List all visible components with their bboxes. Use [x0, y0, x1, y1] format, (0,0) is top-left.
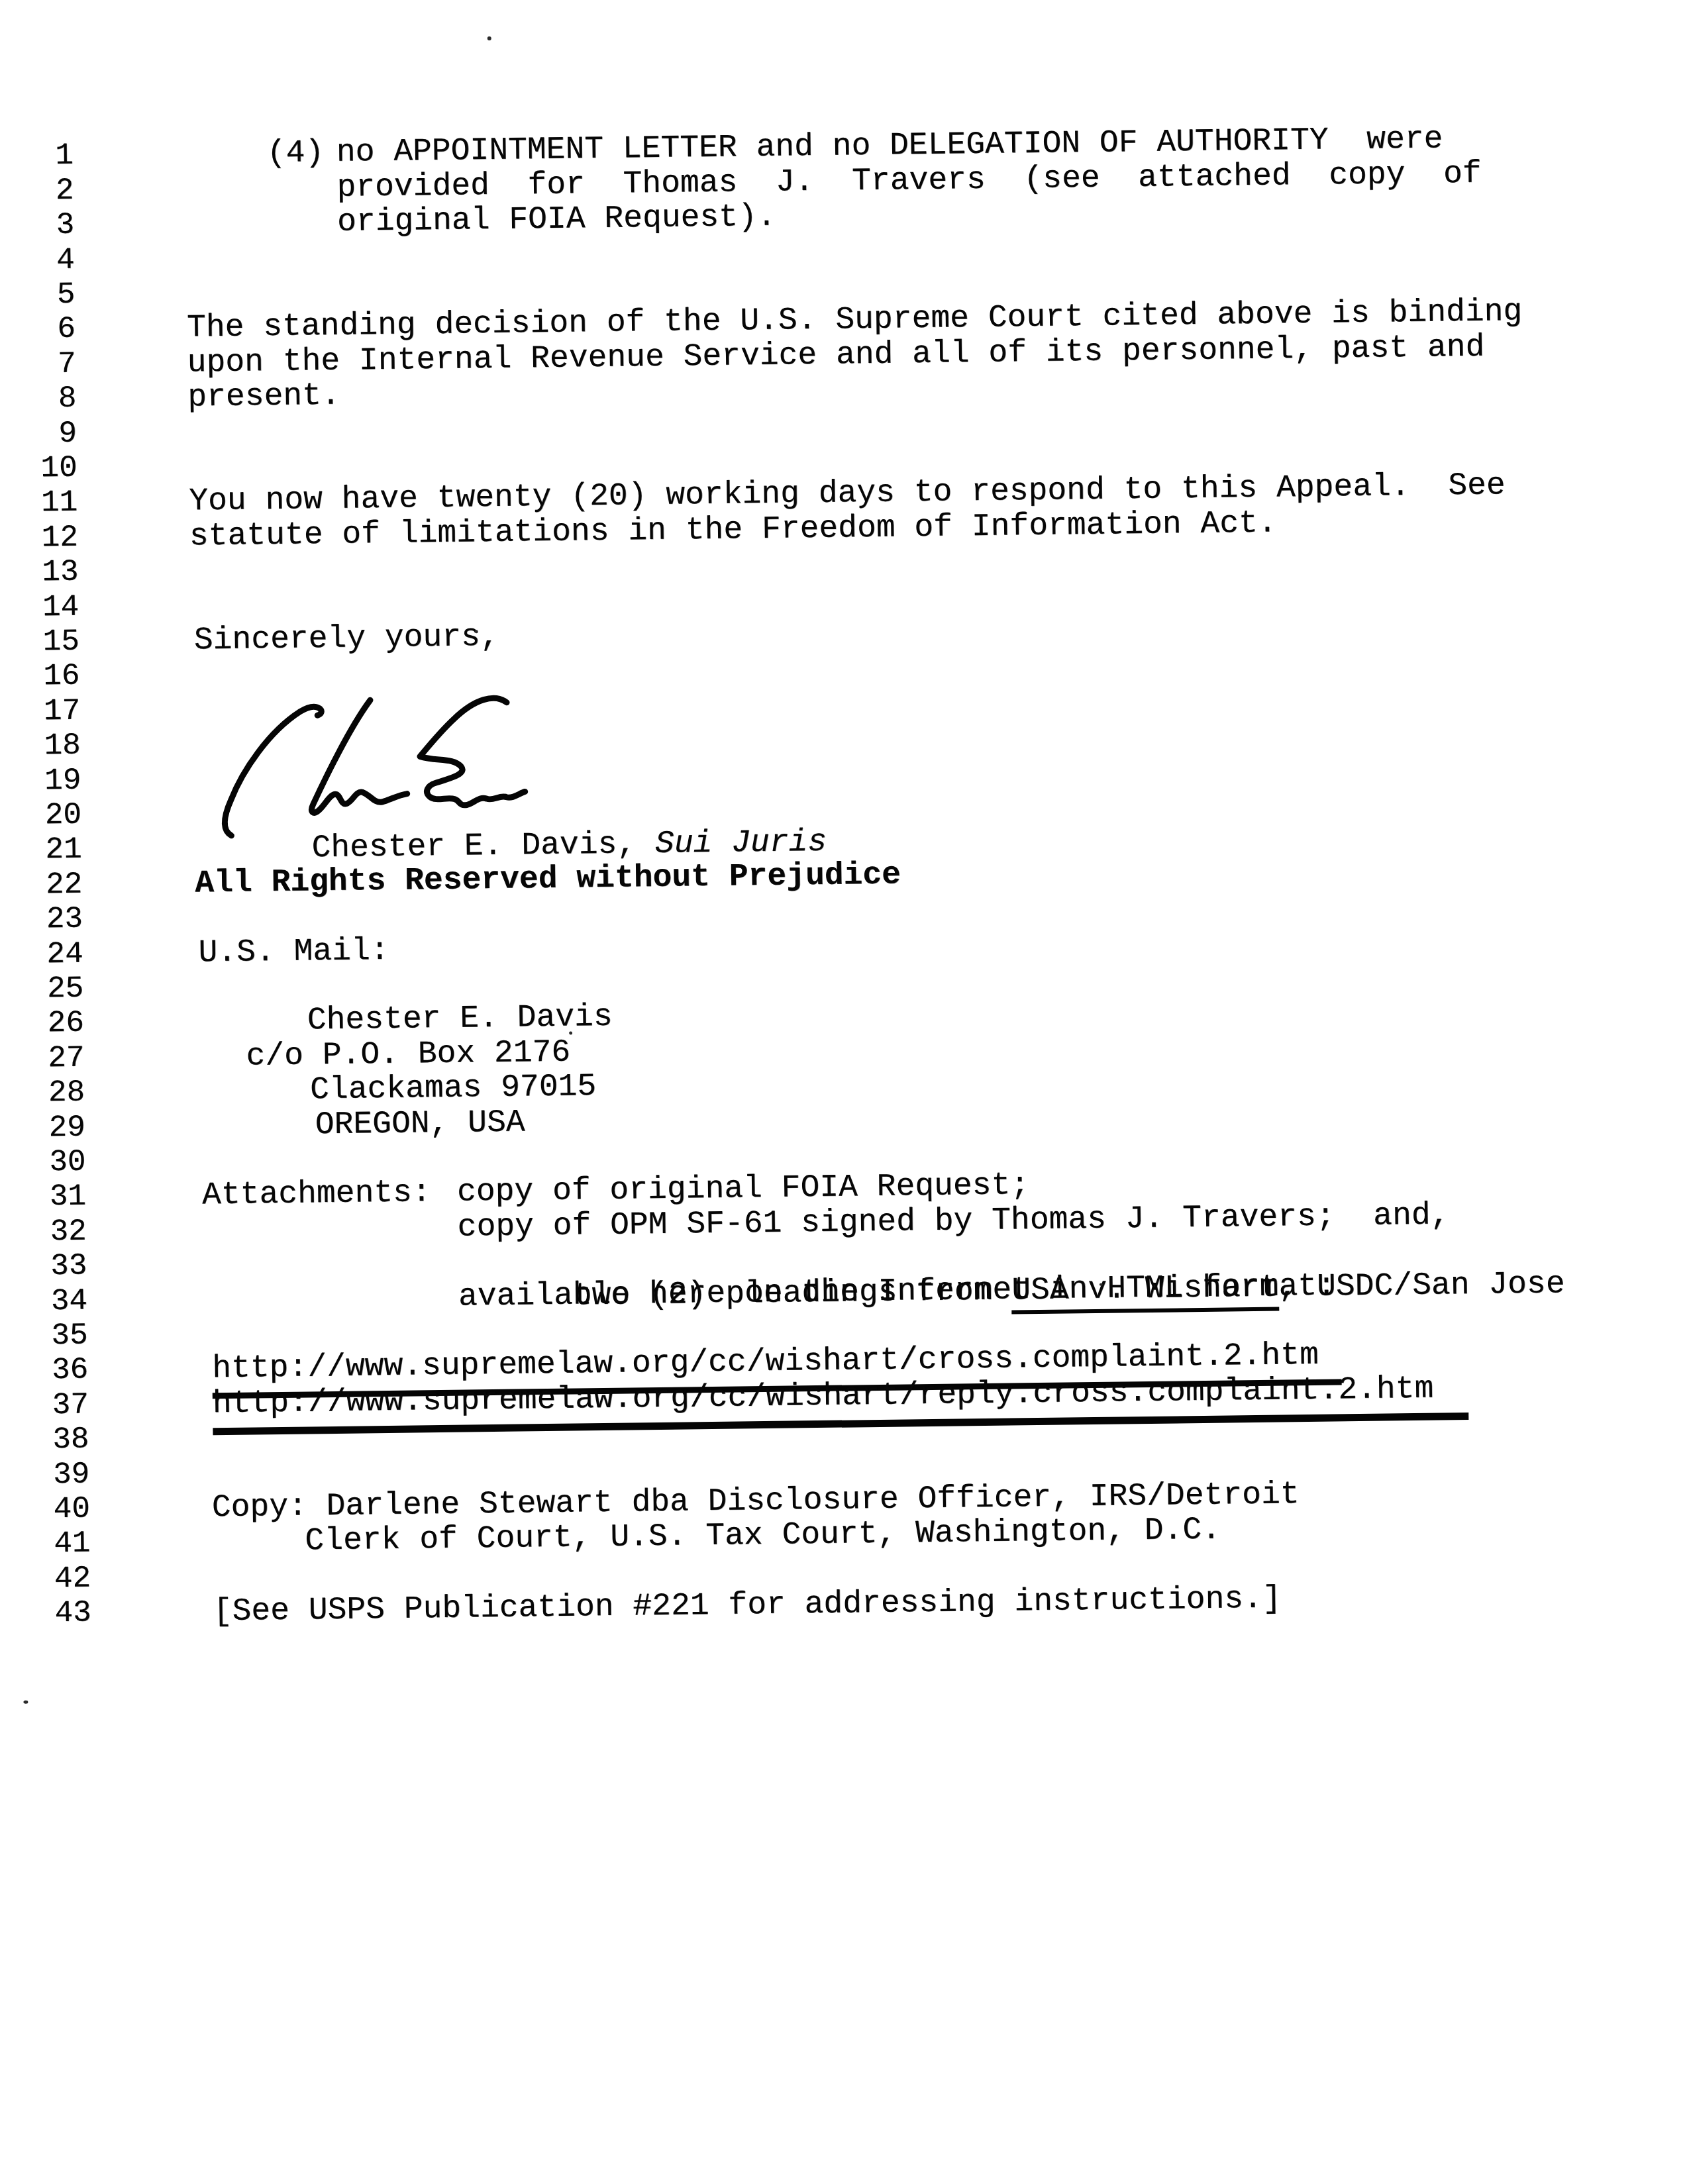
line-number: 30 — [14, 1145, 86, 1180]
line-number: 6 — [4, 312, 76, 347]
line-number: 8 — [5, 381, 77, 417]
attachments-label: Attachments: — [202, 1175, 431, 1213]
line-number: 41 — [19, 1526, 91, 1562]
line-number: 19 — [9, 764, 81, 799]
scan-content: 1 2 3 4 5 6 7 8 9 10 11 12 13 14 15 16 1… — [0, 0, 1689, 2184]
line-number: 40 — [19, 1492, 91, 1527]
signer-title: Sui Juris — [655, 824, 827, 862]
line-number: 32 — [15, 1215, 87, 1250]
line-number: 42 — [19, 1562, 91, 1597]
signature-stroke — [419, 698, 525, 806]
scan-speckle — [23, 1701, 28, 1704]
line-number: 4 — [3, 243, 75, 278]
line-number: 2 — [2, 174, 74, 209]
line-number: 35 — [16, 1318, 88, 1354]
line-number: 39 — [18, 1458, 90, 1493]
closing-line: Sincerely yours, — [194, 619, 500, 659]
line-number: 24 — [11, 937, 83, 972]
line-number: 13 — [7, 555, 79, 590]
line-number: 5 — [3, 277, 76, 313]
line-number: 28 — [13, 1075, 85, 1111]
line-number: 9 — [5, 417, 77, 452]
line-number: 14 — [7, 590, 79, 625]
scan-speckle — [1100, 1283, 1103, 1286]
line-number: 18 — [9, 728, 81, 764]
line-number: 26 — [13, 1006, 85, 1041]
line-number: 27 — [13, 1041, 85, 1076]
line-number: 10 — [5, 451, 77, 486]
paragraph-line: present. — [187, 378, 340, 416]
line-number: 21 — [10, 832, 82, 868]
line-number: 36 — [17, 1353, 89, 1388]
line-number: 34 — [16, 1284, 88, 1319]
line-number: 31 — [15, 1179, 87, 1215]
scan-speckle — [569, 1032, 572, 1035]
mail-heading: U.S. Mail: — [198, 933, 389, 971]
line-number: 11 — [6, 485, 78, 521]
line-number: 15 — [8, 624, 80, 660]
line-number: 37 — [17, 1388, 89, 1423]
line-number: 20 — [10, 798, 82, 833]
scan-speckle — [487, 36, 491, 40]
line-number: 33 — [15, 1249, 87, 1284]
line-number: 12 — [7, 521, 79, 556]
line-number: 29 — [14, 1111, 86, 1146]
line-number: 25 — [12, 971, 84, 1007]
address-line: c/o P.O. Box 2176 — [246, 1035, 570, 1075]
usps-note: [See USPS Publication #221 for addressin… — [213, 1581, 1282, 1630]
scan-speckle — [475, 630, 478, 633]
line-number: 22 — [11, 868, 83, 903]
address-line: OREGON, USA — [315, 1105, 525, 1143]
line-number: 3 — [3, 208, 75, 243]
line-number: 17 — [9, 694, 81, 729]
line-number: 16 — [8, 659, 80, 694]
line-number: 23 — [11, 902, 83, 937]
scanned-letter-page: 1 2 3 4 5 6 7 8 9 10 11 12 13 14 15 16 1… — [0, 0, 1689, 2184]
item4-text-line: original FOIA Request). — [337, 199, 776, 240]
address-line: Chester E. Davis — [307, 999, 613, 1039]
line-number: 38 — [17, 1422, 89, 1458]
line-number: 1 — [2, 138, 74, 174]
line-number: 7 — [4, 347, 76, 382]
address-line: Clackamas 97015 — [310, 1069, 597, 1108]
line-number: 43 — [19, 1596, 91, 1631]
item4-marker: (4) — [267, 135, 325, 172]
